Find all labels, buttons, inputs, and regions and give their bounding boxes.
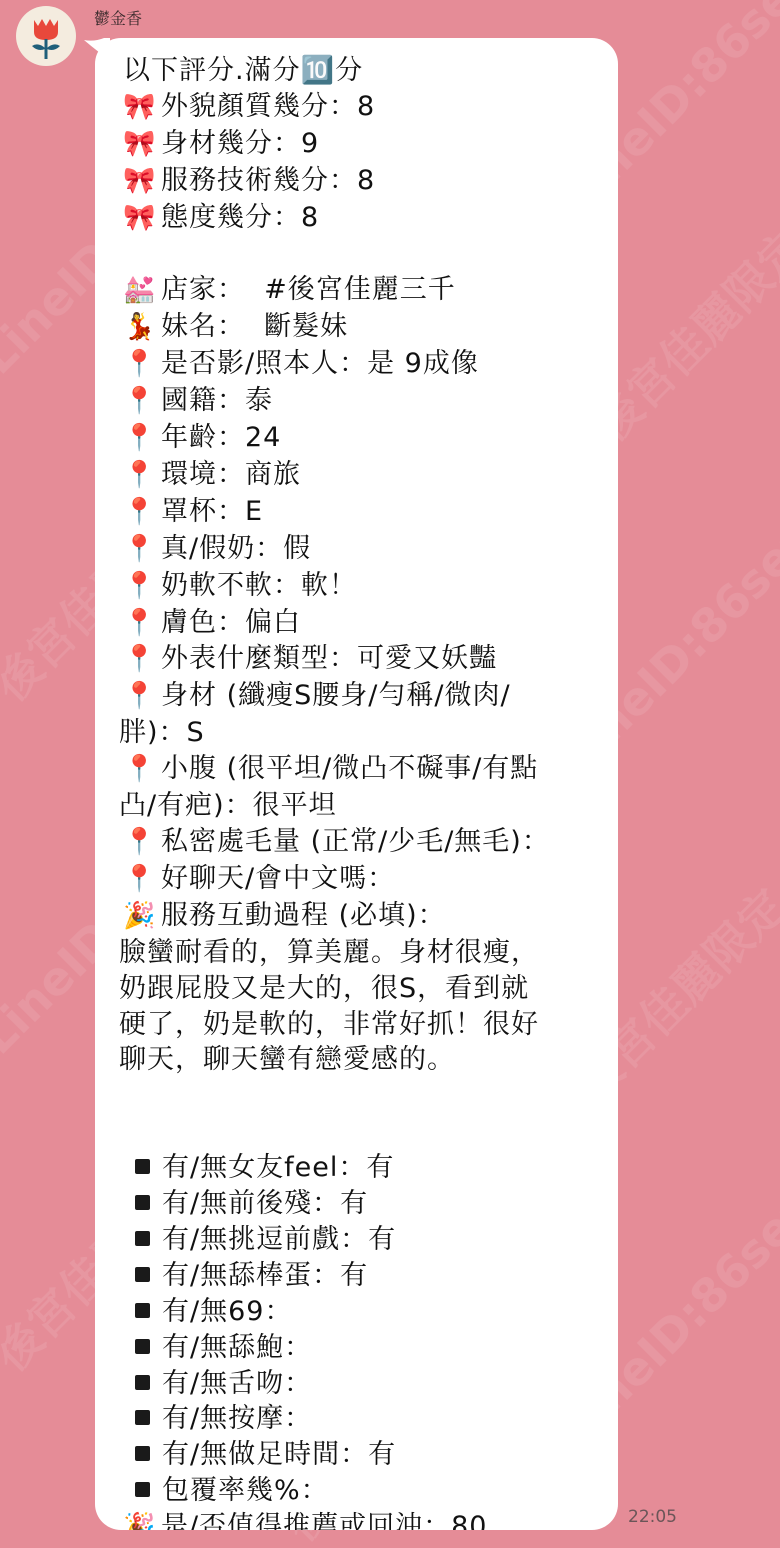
dancer-icon: 💃 xyxy=(123,310,161,346)
wedding-chapel-icon: 💒 xyxy=(123,273,161,309)
detail-text: 國籍：泰 xyxy=(161,385,273,416)
black-square-icon xyxy=(135,1410,150,1425)
pushpin-icon: 📍 xyxy=(123,862,161,898)
detail-line: 📍奶軟不軟：軟！ xyxy=(123,568,598,605)
rating-line: 🎀外貌顏質幾分：8 xyxy=(123,89,598,126)
blank-line xyxy=(123,1114,598,1150)
shop-text: 店家： #後宮佳麗三千 xyxy=(161,274,456,305)
checklist-item: 有/無69： xyxy=(123,1294,598,1330)
checklist-text: 有/無69： xyxy=(162,1296,292,1327)
black-square-icon xyxy=(135,1375,150,1390)
detail-line: 📍環境：商旅 xyxy=(123,457,598,494)
checklist-item: 有/無做足時間：有 xyxy=(123,1437,598,1473)
pushpin-icon: 📍 xyxy=(123,458,161,494)
checklist-text: 有/無按摩： xyxy=(162,1403,312,1434)
detail-line: 📍國籍：泰 xyxy=(123,383,598,420)
detail-text: 外表什麼類型：可愛又妖豔 xyxy=(161,643,497,674)
pushpin-icon: 📍 xyxy=(123,495,161,531)
pushpin-icon: 📍 xyxy=(123,606,161,642)
detail-line: 📍身材 (纖瘦S腰身/勻稱/微肉/ xyxy=(123,678,598,715)
pushpin-icon: 📍 xyxy=(123,679,161,715)
recommend-line: 🎉是/否值得推薦或回沖：80 xyxy=(123,1509,598,1530)
black-square-icon xyxy=(135,1482,150,1497)
black-square-icon xyxy=(135,1303,150,1318)
detail-text: 小腹 (很平坦/微凸不礙事/有點 xyxy=(161,753,538,784)
party-popper-icon: 🎉 xyxy=(123,1510,161,1530)
party-popper-icon: 🎉 xyxy=(123,899,161,935)
detail-text: 胖)：S xyxy=(119,717,205,748)
detail-text: 奶軟不軟：軟！ xyxy=(161,570,357,601)
detail-text: 私密處毛量 (正常/少毛/無毛)： xyxy=(161,826,550,857)
black-square-icon xyxy=(135,1195,150,1210)
service-body-line: 奶跟屁股又是大的，很S，看到就 xyxy=(119,971,598,1007)
detail-text: 身材 (纖瘦S腰身/勻稱/微肉/ xyxy=(161,680,511,711)
checklist-item: 有/無女友feel：有 xyxy=(123,1150,598,1186)
detail-line-continued: 胖)：S xyxy=(119,715,598,751)
black-square-icon xyxy=(135,1231,150,1246)
service-body-line: 硬了，奶是軟的，非常好抓！很好 xyxy=(119,1007,598,1043)
service-body-line: 臉蠻耐看的，算美麗。身材很瘦， xyxy=(119,935,598,971)
detail-line: 📍是否影/照本人：是 9成像 xyxy=(123,346,598,383)
detail-line: 📍小腹 (很平坦/微凸不礙事/有點 xyxy=(123,751,598,788)
detail-line: 📍膚色：偏白 xyxy=(123,605,598,642)
checklist-text: 有/無女友feel：有 xyxy=(162,1152,394,1183)
detail-text: 真/假奶：假 xyxy=(161,533,311,564)
rating-text: 身材幾分：9 xyxy=(161,128,319,159)
rating-text: 態度幾分：8 xyxy=(161,202,319,233)
pushpin-icon: 📍 xyxy=(123,532,161,568)
message-header: 以下評分.滿分🔟分 xyxy=(123,53,598,89)
checklist-item: 有/無舔鮑： xyxy=(123,1330,598,1366)
black-square-icon xyxy=(135,1267,150,1282)
pushpin-icon: 📍 xyxy=(123,384,161,420)
detail-text: 膚色：偏白 xyxy=(161,607,301,638)
detail-text: 是否影/照本人：是 9成像 xyxy=(161,348,479,379)
service-body-line: 聊天，聊天蠻有戀愛感的。 xyxy=(119,1042,598,1078)
detail-line: 📍私密處毛量 (正常/少毛/無毛)： xyxy=(123,824,598,861)
pushpin-icon: 📍 xyxy=(123,421,161,457)
black-square-icon xyxy=(135,1339,150,1354)
service-heading-text: 服務互動過程 (必填)： xyxy=(161,900,446,931)
pushpin-icon: 📍 xyxy=(123,642,161,678)
black-square-icon xyxy=(135,1159,150,1174)
message-bubble[interactable]: 以下評分.滿分🔟分 🎀外貌顏質幾分：8 🎀身材幾分：9 🎀服務技術幾分：8 🎀態… xyxy=(95,38,618,1530)
black-square-icon xyxy=(135,1446,150,1461)
checklist-text: 有/無舌吻： xyxy=(162,1368,312,1399)
pushpin-icon: 📍 xyxy=(123,347,161,383)
detail-text: 年齡：24 xyxy=(161,422,281,453)
detail-line: 📍罩杯：E xyxy=(123,494,598,531)
checklist-text: 有/無挑逗前戲：有 xyxy=(162,1224,396,1255)
blank-line xyxy=(123,1078,598,1114)
pushpin-icon: 📍 xyxy=(123,569,161,605)
detail-line: 📍真/假奶：假 xyxy=(123,531,598,568)
detail-text: 凸/有疤)：很平坦 xyxy=(119,790,337,821)
ribbon-icon: 🎀 xyxy=(123,90,161,126)
checklist-item: 有/無挑逗前戲：有 xyxy=(123,1222,598,1258)
pushpin-icon: 📍 xyxy=(123,825,161,861)
sender-name: 鬱金香 xyxy=(94,6,142,29)
detail-line: 📍年齡：24 xyxy=(123,420,598,457)
rating-line: 🎀態度幾分：8 xyxy=(123,200,598,237)
pushpin-icon: 📍 xyxy=(123,752,161,788)
checklist-item: 有/無前後殘：有 xyxy=(123,1186,598,1222)
detail-text: 好聊天/會中文嗎： xyxy=(161,863,395,894)
checklist-item: 有/無舔棒蛋：有 xyxy=(123,1258,598,1294)
detail-text: 環境：商旅 xyxy=(161,459,301,490)
rating-text: 服務技術幾分：8 xyxy=(161,165,375,196)
checklist-text: 有/無前後殘：有 xyxy=(162,1188,368,1219)
rating-line: 🎀身材幾分：9 xyxy=(123,126,598,163)
checklist-text: 包覆率幾%： xyxy=(162,1475,329,1506)
girl-name-text: 妹名： 斷髮妹 xyxy=(161,311,348,342)
checklist-item: 有/無舌吻： xyxy=(123,1366,598,1402)
detail-line: 📍外表什麼類型：可愛又妖豔 xyxy=(123,641,598,678)
checklist-item: 包覆率幾%： xyxy=(123,1473,598,1509)
detail-line-continued: 凸/有疤)：很平坦 xyxy=(119,788,598,824)
recommend-text: 是/否值得推薦或回沖：80 xyxy=(161,1511,487,1530)
service-heading: 🎉服務互動過程 (必填)： xyxy=(123,898,598,935)
avatar[interactable] xyxy=(16,6,76,66)
checklist-text: 有/無舔鮑： xyxy=(162,1332,312,1363)
rating-text: 外貌顏質幾分：8 xyxy=(161,91,375,122)
checklist-item: 有/無按摩： xyxy=(123,1401,598,1437)
rating-line: 🎀服務技術幾分：8 xyxy=(123,163,598,200)
shop-line: 💒店家： #後宮佳麗三千 xyxy=(123,272,598,309)
detail-line: 📍好聊天/會中文嗎： xyxy=(123,861,598,898)
message-timestamp: 22:05 xyxy=(628,1507,677,1527)
tulip-icon xyxy=(16,6,76,66)
checklist-text: 有/無做足時間：有 xyxy=(162,1439,396,1470)
blank-line xyxy=(123,237,598,273)
detail-text: 罩杯：E xyxy=(161,496,263,527)
girl-name-line: 💃妹名： 斷髮妹 xyxy=(123,309,598,346)
ribbon-icon: 🎀 xyxy=(123,201,161,237)
checklist-text: 有/無舔棒蛋：有 xyxy=(162,1260,368,1291)
ribbon-icon: 🎀 xyxy=(123,127,161,163)
ribbon-icon: 🎀 xyxy=(123,164,161,200)
